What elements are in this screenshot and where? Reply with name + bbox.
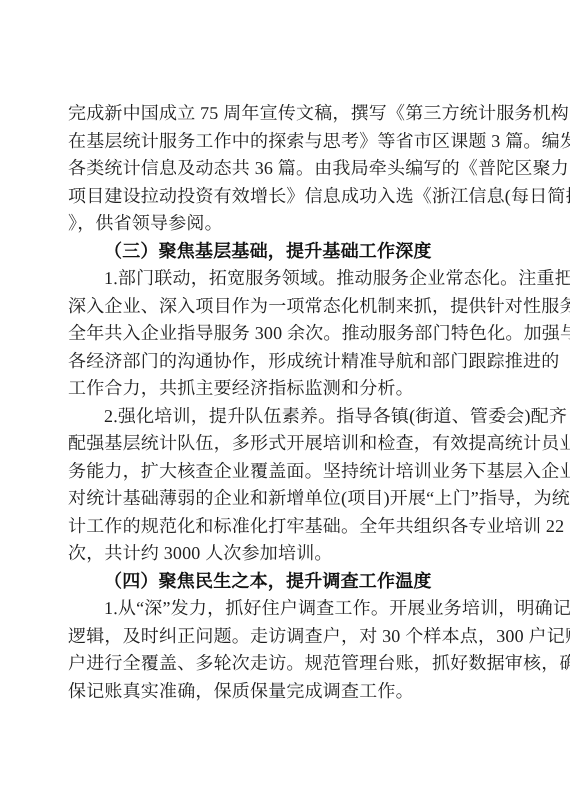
text-line: 2.强化培训，提升队伍素养。指导各镇(街道、管委会)配齐 (68, 403, 516, 431)
text-line: 逻辑，及时纠正问题。走访调查户，对 30 个样本点，300 户记账 (68, 623, 516, 651)
text-line: 次，共计约 3000 人次参加培训。 (68, 540, 516, 568)
text-line: 项目建设拉动投资有效增长》信息成功入选《浙江信息(每日简报) (68, 183, 516, 211)
text-line: 在基层统计服务工作中的探索与思考》等省市区课题 3 篇。编发 (68, 128, 516, 156)
text-line: 保记账真实准确，保质保量完成调查工作。 (68, 678, 516, 706)
text-line: 户进行全覆盖、多轮次走访。规范管理台账，抓好数据审核，确 (68, 650, 516, 678)
document-page: 完成新中国成立 75 周年宣传文稿，撰写《第三方统计服务机构在基层统计服务工作中… (0, 0, 570, 807)
text-line: 》，供省领导参阅。 (68, 210, 516, 238)
text-line: 务能力，扩大核查企业覆盖面。坚持统计培训业务下基层入企业， (68, 458, 516, 486)
text-line: 计工作的规范化和标准化打牢基础。全年共组织各专业培训 22 (68, 513, 516, 541)
text-line: 全年共入企业指导服务 300 余次。推动服务部门特色化。加强与 (68, 320, 516, 348)
text-line: 深入企业、深入项目作为一项常态化机制来抓，提供针对性服务。 (68, 293, 516, 321)
text-line: 完成新中国成立 75 周年宣传文稿，撰写《第三方统计服务机构 (68, 100, 516, 128)
text-line: 各类统计信息及动态共 36 篇。由我局牵头编写的《普陀区聚力 (68, 155, 516, 183)
text-line: 1.部门联动，拓宽服务领域。推动服务企业常态化。注重把 (68, 265, 516, 293)
text-block: 完成新中国成立 75 周年宣传文稿，撰写《第三方统计服务机构在基层统计服务工作中… (68, 100, 516, 705)
section-heading: （三）聚焦基层基础，提升基础工作深度 (68, 238, 516, 266)
text-line: 1.从“深”发力，抓好住户调查工作。开展业务培训，明确记账 (68, 595, 516, 623)
text-line: 配强基层统计队伍，多形式开展培训和检查，有效提高统计员业 (68, 430, 516, 458)
section-heading: （四）聚焦民生之本，提升调查工作温度 (68, 568, 516, 596)
text-line: 对统计基础薄弱的企业和新增单位(项目)开展“上门”指导，为统 (68, 485, 516, 513)
text-line: 各经济部门的沟通协作，形成统计精准导航和部门跟踪推进的 (68, 348, 516, 376)
text-line: 工作合力，共抓主要经济指标监测和分析。 (68, 375, 516, 403)
